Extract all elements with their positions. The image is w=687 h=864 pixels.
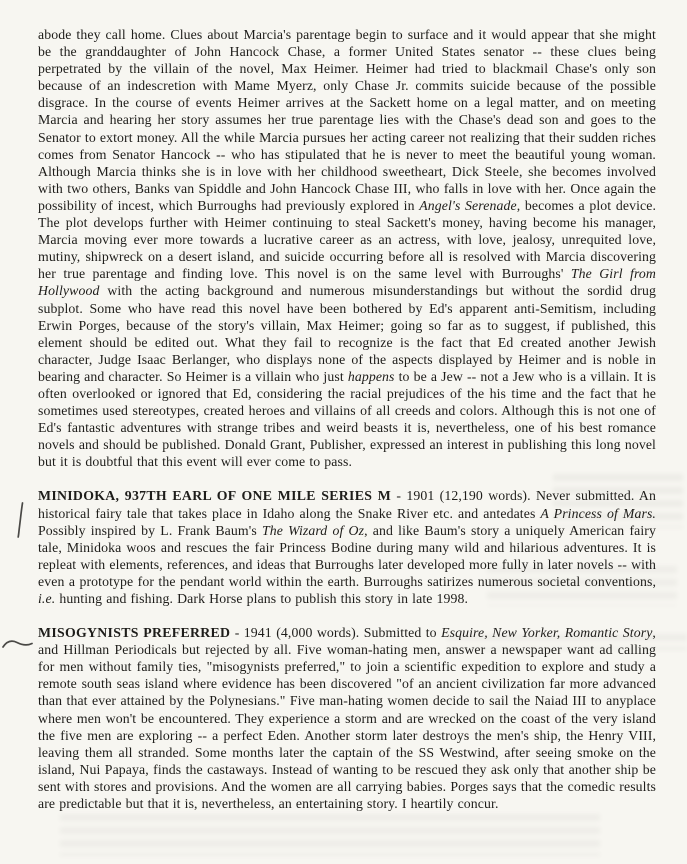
italic-title-text: The Wizard of Oz [262, 523, 364, 538]
paragraph-marcia-continuation: abode they call home. Clues about Marcia… [38, 26, 656, 470]
body-text-segment: Possibly inspired by L. Frank Baum's [38, 523, 262, 538]
body-text-segment: abode they call home. Clues about Marcia… [38, 27, 656, 213]
body-text-segment: hunting and fishing. Dark Horse plans to… [55, 591, 468, 606]
body-text-segment: , and Hillman Periodicals but rejected b… [38, 625, 656, 811]
scanned-document-page: abode they call home. Clues about Marcia… [0, 0, 687, 864]
italic-title-text: Esquire, New Yorker, Romantic Story [441, 625, 652, 640]
italic-title-text: Angel's Serenade [419, 198, 516, 213]
handwritten-curved-pen-stroke [2, 638, 34, 652]
italic-title-text: i.e. [38, 591, 55, 606]
body-text-segment: - 1941 (4,000 words). Submitted to [230, 625, 441, 640]
italic-title-text: happens [348, 369, 395, 384]
handwritten-vertical-pen-stroke [14, 502, 28, 538]
entry-title-text: MISOGYNISTS PREFERRED [38, 625, 230, 640]
italic-title-text: A Princess of Mars. [540, 506, 656, 521]
paragraph-minidoka-entry: MINIDOKA, 937TH EARL OF ONE MILE SERIES … [38, 487, 656, 607]
entry-title-text: MINIDOKA, 937TH EARL OF ONE MILE SERIES … [38, 488, 391, 503]
paragraph-misogynists-preferred-entry: MISOGYNISTS PREFERRED - 1941 (4,000 word… [38, 624, 656, 812]
